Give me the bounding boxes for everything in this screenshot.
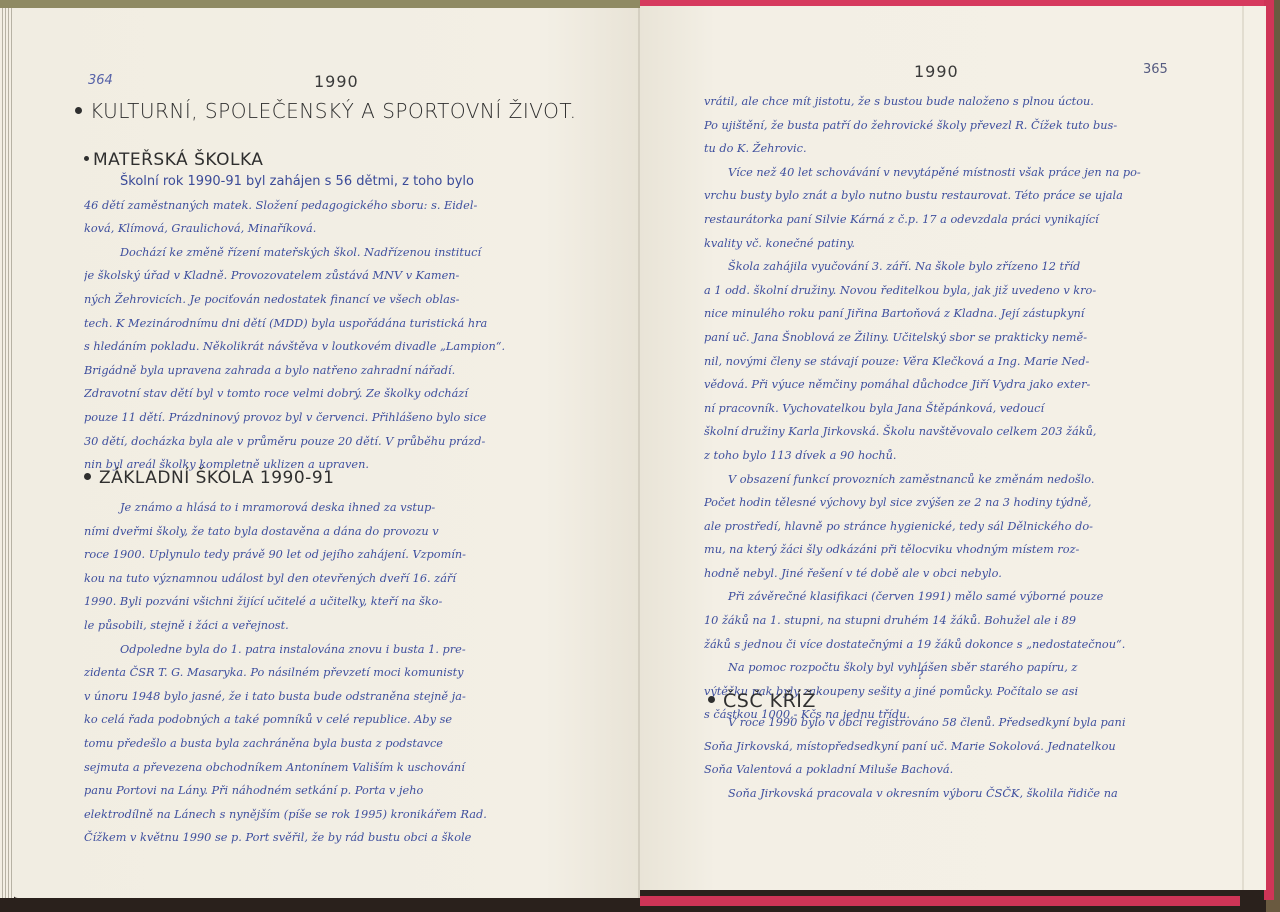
text-line: Škola zahájila vyučování 3. září. Na ško… — [704, 255, 1141, 279]
text-line: restaurátorka paní Silvie Kárná z č.p. 1… — [704, 208, 1141, 232]
text-line: V obsazení funkcí provozních zaměstnanců… — [704, 468, 1141, 492]
text-line: 30 dětí, docházka byla ale v průměru pou… — [84, 430, 505, 454]
text-line: Po ujištění, že busta patří do žehrovick… — [704, 114, 1141, 138]
text-line: le působili, stejně i žáci a veřejnost. — [84, 614, 487, 638]
school-continuation-text: vrátil, ale chce mít jistotu, že s busto… — [704, 90, 1141, 727]
bullet-icon — [84, 473, 91, 480]
text-line: kvality vč. konečné patiny. — [704, 232, 1141, 256]
text-line: zidenta ČSR T. G. Masaryka. Po násilném … — [84, 661, 487, 685]
bullet-icon — [84, 156, 89, 161]
text-line: s hledáním pokladu. Několikrát návštěva … — [84, 335, 505, 359]
text-line: 46 dětí zaměstnaných matek. Složení peda… — [84, 194, 505, 218]
main-heading-text: KULTURNÍ, SPOLEČENSKÝ A SPORTOVNÍ ŽIVOT. — [90, 99, 577, 123]
text-line: ko celá řada podobných a také pomníků v … — [84, 708, 487, 732]
text-line: mu, na který žáci šly odkázáni při těloc… — [704, 538, 1141, 562]
text-line: tech. K Mezinárodnímu dni dětí (MDD) byl… — [84, 312, 505, 336]
text-line: žáků s jednou či více dostatečnými a 19 … — [704, 633, 1141, 657]
text-line: nil, novými členy se stávají pouze: Věra… — [704, 350, 1141, 374]
text-line: Brigádně byla upravena zahrada a bylo na… — [84, 359, 505, 383]
section-heading-text: MATEŘSKÁ ŠKOLKA — [93, 150, 263, 170]
text-line: je školský úřad v Kladně. Provozovatelem… — [84, 264, 505, 288]
text-line: hodně nebyl. Jiné řešení v té době ale v… — [704, 562, 1141, 586]
text-line: Soňa Jirkovská, místopředsedkyní paní uč… — [704, 735, 1125, 759]
text-line: Školní rok 1990-91 byl zahájen s 56 dětm… — [84, 170, 505, 194]
text-line: a 1 odd. školní družiny. Novou ředitelko… — [704, 279, 1141, 303]
text-line: Počet hodin tělesné výchovy byl sice zvý… — [704, 491, 1141, 515]
text-line: elektrodílně na Lánech s nynějším (píše … — [84, 803, 487, 827]
text-line: Při závěrečné klasifikaci (červen 1991) … — [704, 585, 1141, 609]
page-edge-line — [1242, 6, 1244, 890]
bullet-icon — [75, 107, 82, 114]
page-year-left: 1990 — [314, 72, 359, 91]
text-line: vědová. Při výuce němčiny pomáhal důchod… — [704, 373, 1141, 397]
book-cover-edge-left — [0, 0, 640, 8]
text-line: ními dveřmi školy, že tato byla dostavěn… — [84, 520, 487, 544]
text-line: ní pracovník. Vychovatelkou byla Jana Št… — [704, 397, 1141, 421]
page-number-left: 364 — [88, 73, 113, 88]
text-line: Zdravotní stav dětí byl v tomto roce vel… — [84, 382, 505, 406]
text-line: z toho bylo 113 dívek a 90 hochů. — [704, 444, 1141, 468]
text-line: Odpoledne byla do 1. patra instalována z… — [84, 638, 487, 662]
text-line: školní družiny Karla Jirkovská. Školu na… — [704, 420, 1141, 444]
text-line: Více než 40 let schovávání v nevytápěné … — [704, 161, 1141, 185]
section-heading-text: ČSČ KŘÍŽ — [723, 690, 816, 712]
text-line: roce 1900. Uplynulo tedy právě 90 let od… — [84, 543, 487, 567]
text-line: panu Portovi na Lány. Při náhodném setká… — [84, 779, 487, 803]
text-line: Je známo a hlásá to i mramorová deska ih… — [84, 496, 487, 520]
page-number-right: 365 — [1143, 62, 1168, 77]
kindergarten-text: Školní rok 1990-91 byl zahájen s 56 dětm… — [84, 170, 505, 477]
text-line: Soňa Jirkovská pracovala v okresním výbo… — [704, 782, 1125, 806]
text-line: vrchu busty bylo znát a bylo nutno bustu… — [704, 184, 1141, 208]
text-line: ková, Klímová, Graulichová, Minaříková. — [84, 217, 505, 241]
main-heading: KULTURNÍ, SPOLEČENSKÝ A SPORTOVNÍ ŽIVOT. — [75, 99, 577, 123]
text-line: 10 žáků na 1. stupni, na stupni druhém 1… — [704, 609, 1141, 633]
text-line: Čížkem v květnu 1990 se p. Port svěřil, … — [84, 826, 487, 850]
text-line: sejmuta a převezena obchodníkem Antoníne… — [84, 756, 487, 780]
text-line: v únoru 1948 bylo jasné, že i tato busta… — [84, 685, 487, 709]
text-line: vrátil, ale chce mít jistotu, že s busto… — [704, 90, 1141, 114]
text-line: tu do K. Žehrovic. — [704, 137, 1141, 161]
bullet-icon — [708, 696, 715, 703]
text-line: nice minulého roku paní Jiřina Bartoňová… — [704, 302, 1141, 326]
text-line: pouze 11 dětí. Prázdninový provoz byl v … — [84, 406, 505, 430]
text-line: ale prostředí, hlavně po stránce hygieni… — [704, 515, 1141, 539]
elementary-school-text: Je známo a hlásá to i mramorová deska ih… — [84, 496, 487, 850]
red-cross-text: V roce 1990 bylo v obci registrováno 58 … — [704, 711, 1125, 805]
page-year-right: 1990 — [914, 62, 959, 81]
text-line: kou na tuto významnou událost byl den ot… — [84, 567, 487, 591]
text-line: tomu předešlo a busta byla zachráněna by… — [84, 732, 487, 756]
section-heading-kindergarten: MATEŘSKÁ ŠKOLKA — [84, 150, 263, 170]
text-line: ných Žehrovicích. Je pociťován nedostate… — [84, 288, 505, 312]
section-heading-elementary-school: ZÁKLADNÍ ŠKOLA 1990-91 — [84, 468, 334, 488]
text-line: Dochází ke změně řízení mateřských škol.… — [84, 241, 505, 265]
text-line: 1990. Byli pozváni všichni žijící učitel… — [84, 590, 487, 614]
book-cover-red-bottom — [640, 896, 1240, 906]
section-heading-text: ZÁKLADNÍ ŠKOLA 1990-91 — [99, 468, 334, 488]
text-line: V roce 1990 bylo v obci registrováno 58 … — [704, 711, 1125, 735]
margin-mark: ? — [917, 668, 923, 682]
section-heading-red-cross: ČSČ KŘÍŽ — [708, 690, 816, 712]
text-line: Soňa Valentová a pokladní Miluše Bachová… — [704, 758, 1125, 782]
text-line: paní uč. Jana Šnoblová ze Žiliny. Učitel… — [704, 326, 1141, 350]
